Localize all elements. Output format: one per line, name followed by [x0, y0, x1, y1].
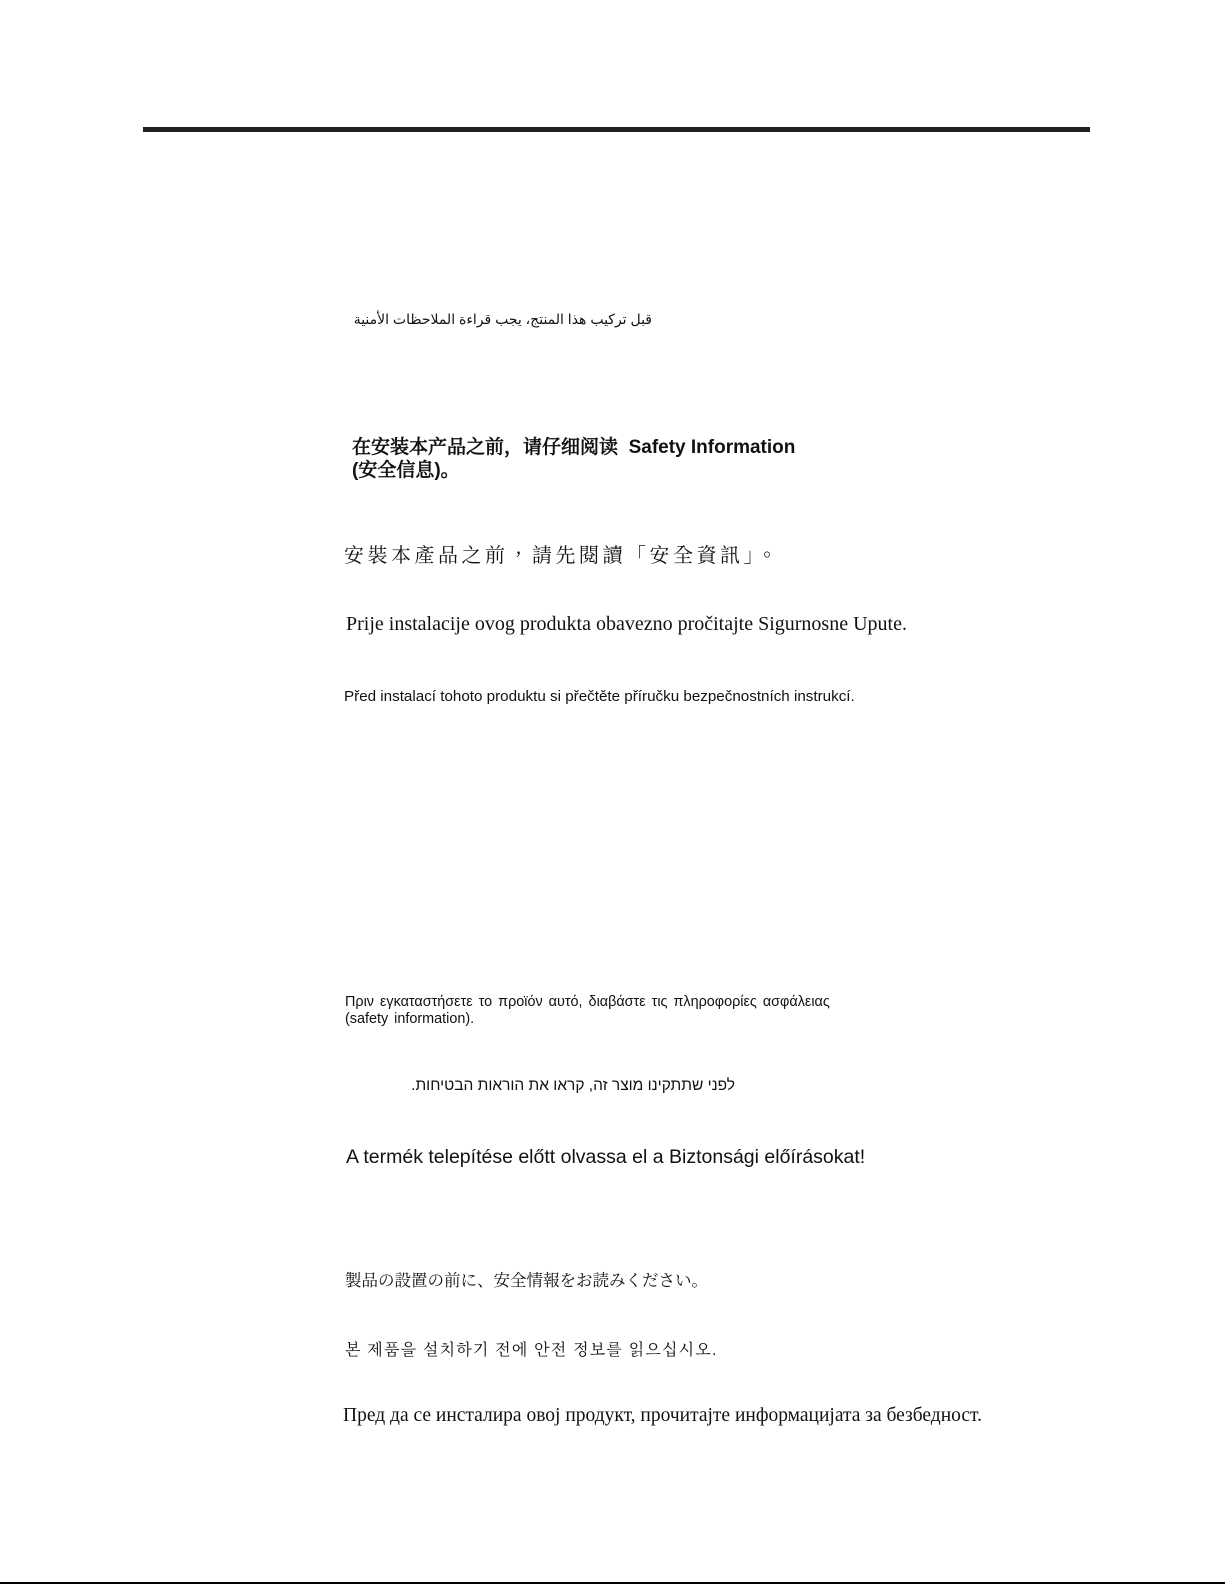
notice-korean: 본 제품을 설치하기 전에 안전 정보를 읽으십시오.: [345, 1337, 718, 1360]
notice-greek-line2: (safety information).: [345, 1011, 830, 1028]
notice-japanese: 製品の設置の前に、安全情報をお読みください。: [345, 1267, 708, 1291]
header-rule: [143, 127, 1090, 132]
notice-chinese-simplified-english: Safety Information: [629, 437, 796, 458]
notice-chinese-simplified-line2: (安全信息)。: [352, 459, 795, 482]
notice-hebrew: לפני שתתקינו מוצר זה, קראו את הוראות הבט…: [343, 1077, 735, 1095]
notice-chinese-simplified-text: 在安装本产品之前，请仔细阅读: [352, 437, 618, 458]
notice-arabic: قبل تركيب هذا المنتج، يجب قراءة الملاحظا…: [344, 311, 652, 328]
notice-macedonian: Пред да се инсталира овој продукт, прочи…: [343, 1405, 982, 1427]
notice-chinese-simplified-line1: 在安装本产品之前，请仔细阅读 Safety Information: [352, 436, 795, 459]
notice-chinese-simplified: 在安装本产品之前，请仔细阅读 Safety Information (安全信息)…: [352, 436, 795, 482]
notice-croatian: Prije instalacije ovog produkta obavezno…: [346, 613, 907, 636]
notice-greek: Πριν εγκαταστήσετε το προϊόν αυτό, διαβά…: [345, 994, 830, 1028]
notice-chinese-traditional: 安裝本產品之前，請先閱讀「安全資訊」。: [344, 539, 781, 568]
notice-greek-line1: Πριν εγκαταστήσετε το προϊόν αυτό, διαβά…: [345, 994, 830, 1011]
page-bottom-edge: [0, 1582, 1225, 1584]
notice-czech: Před instalací tohoto produktu si přečtě…: [344, 688, 855, 705]
notice-hungarian: A termék telepítése előtt olvassa el a B…: [346, 1146, 865, 1169]
